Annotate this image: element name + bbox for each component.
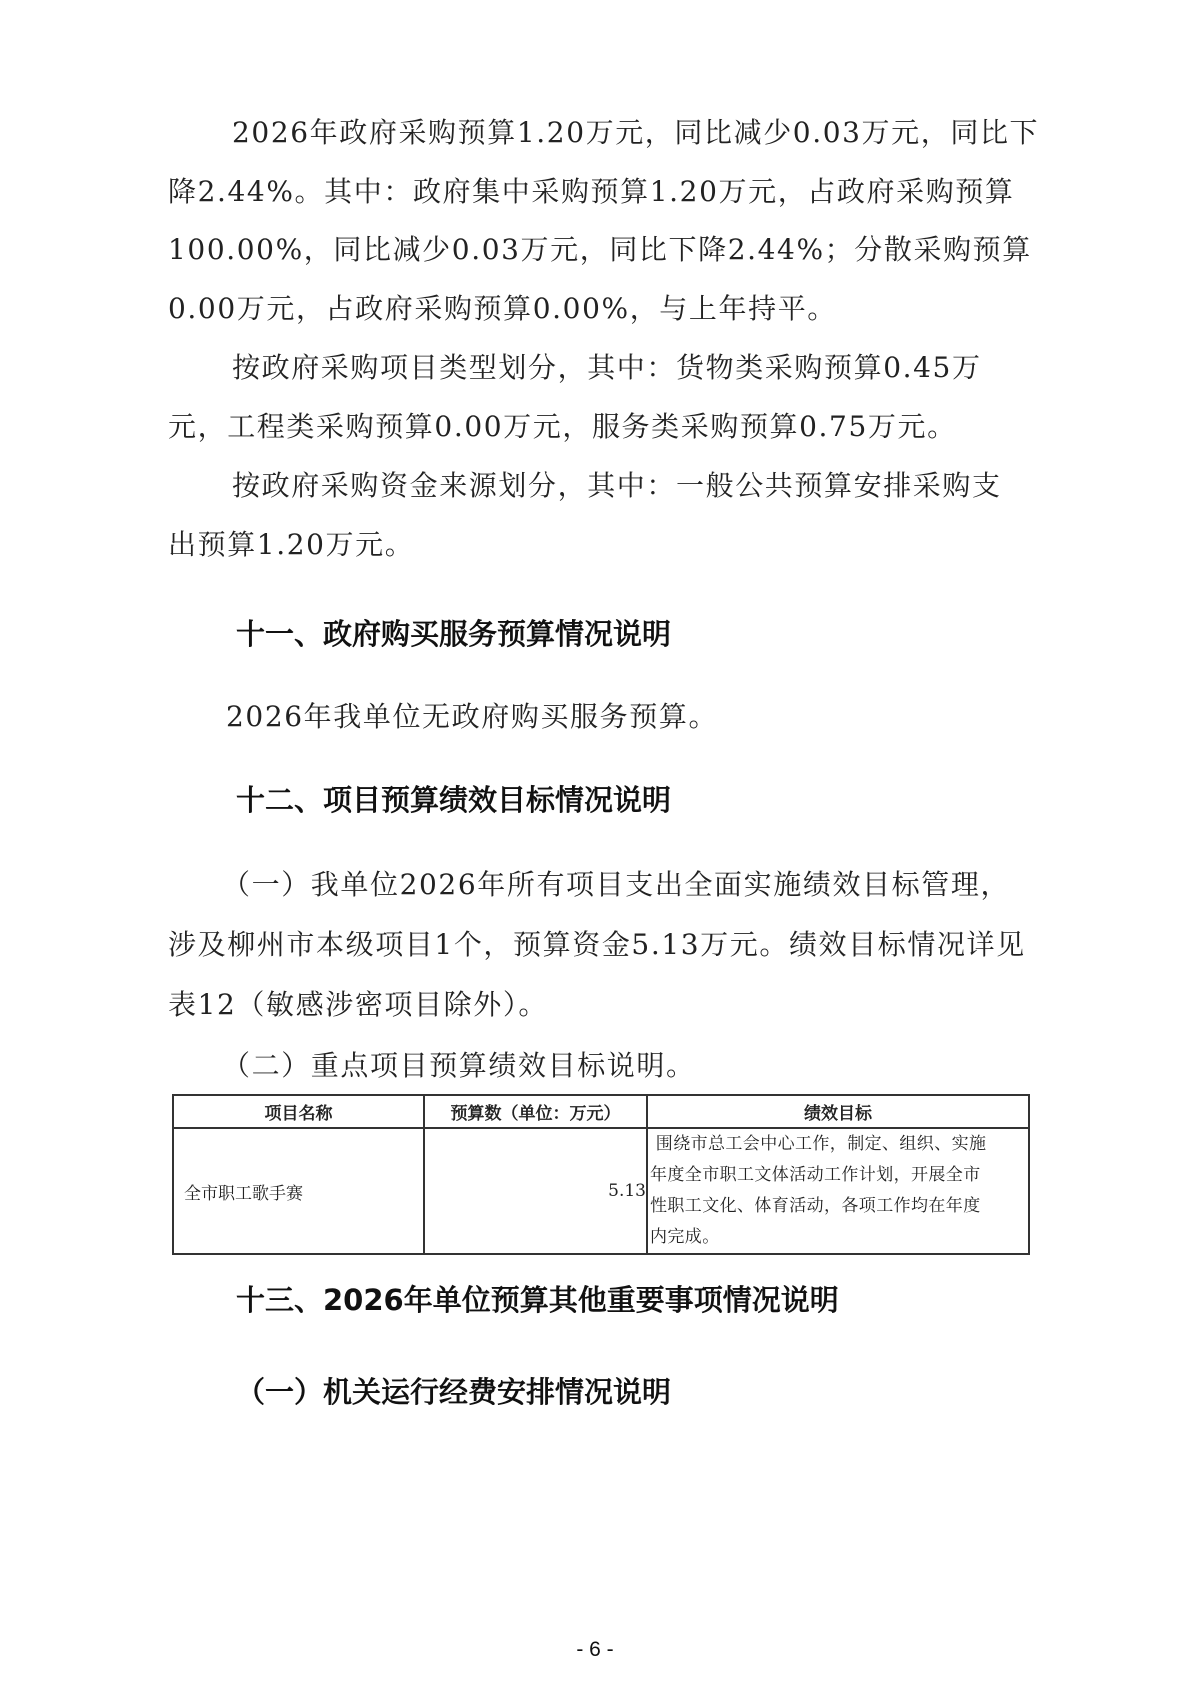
page-number: - 6 - bbox=[0, 1638, 1190, 1662]
text-line: 涉及柳州市本级项目1个，预算资金5.13万元。绩效目标情况详见 bbox=[168, 925, 1038, 965]
section-12-item-2: （二）重点项目预算绩效目标说明。 bbox=[222, 1046, 1028, 1086]
text-line: 100.00%，同比减少0.03万元，同比下降2.44%；分散采购预算 bbox=[168, 230, 1038, 270]
text-line: 0.00万元，占政府采购预算0.00%，与上年持平。 bbox=[168, 289, 1038, 329]
column-header-performance-goal: 绩效目标 bbox=[647, 1095, 1029, 1128]
text-line: 按政府采购资金来源划分，其中：一般公共预算安排采购支 bbox=[232, 466, 1038, 506]
performance-goals-table: 项目名称 预算数（单位：万元） 绩效目标 全市职工歌手赛 5.13 围绕市总工会… bbox=[172, 1094, 1030, 1255]
table-header-row: 项目名称 预算数（单位：万元） 绩效目标 bbox=[173, 1095, 1029, 1128]
text-line: （一）我单位2026年所有项目支出全面实施绩效目标管理， bbox=[222, 865, 1028, 905]
text-line: 出预算1.20万元。 bbox=[168, 525, 1038, 565]
section-13-subheading: （一）机关运行经费安排情况说明 bbox=[236, 1370, 671, 1414]
section-11-heading: 十一、政府购买服务预算情况说明 bbox=[236, 612, 671, 656]
column-header-project-name: 项目名称 bbox=[173, 1095, 424, 1128]
column-header-budget: 预算数（单位：万元） bbox=[424, 1095, 647, 1128]
cell-project-name: 全市职工歌手赛 bbox=[173, 1128, 424, 1254]
goal-line: 性职工文化、体育活动，各项工作均在年度 bbox=[650, 1191, 1028, 1222]
goal-line: 内完成。 bbox=[650, 1222, 1028, 1253]
text-line: 元，工程类采购预算0.00万元，服务类采购预算0.75万元。 bbox=[168, 407, 1038, 447]
table-row: 全市职工歌手赛 5.13 围绕市总工会中心工作，制定、组织、实施 年度全市职工文… bbox=[173, 1128, 1029, 1254]
section-12-heading: 十二、项目预算绩效目标情况说明 bbox=[236, 778, 671, 822]
cell-budget-amount: 5.13 bbox=[424, 1128, 647, 1254]
cell-performance-goal: 围绕市总工会中心工作，制定、组织、实施 年度全市职工文体活动工作计划，开展全市 … bbox=[647, 1128, 1029, 1254]
text-line: 降2.44%。其中：政府集中采购预算1.20万元，占政府采购预算 bbox=[168, 172, 1038, 212]
goal-line: 围绕市总工会中心工作，制定、组织、实施 bbox=[650, 1129, 1028, 1160]
text-line: 表12（敏感涉密项目除外）。 bbox=[168, 985, 1038, 1025]
text-line: 按政府采购项目类型划分，其中：货物类采购预算0.45万 bbox=[232, 348, 1038, 388]
section-11-paragraph: 2026年我单位无政府购买服务预算。 bbox=[226, 697, 1032, 737]
section-13-heading: 十三、2026年单位预算其他重要事项情况说明 bbox=[236, 1278, 839, 1322]
text-line: 2026年政府采购预算1.20万元，同比减少0.03万元，同比下 bbox=[232, 113, 1038, 153]
goal-line: 年度全市职工文体活动工作计划，开展全市 bbox=[650, 1160, 1028, 1191]
